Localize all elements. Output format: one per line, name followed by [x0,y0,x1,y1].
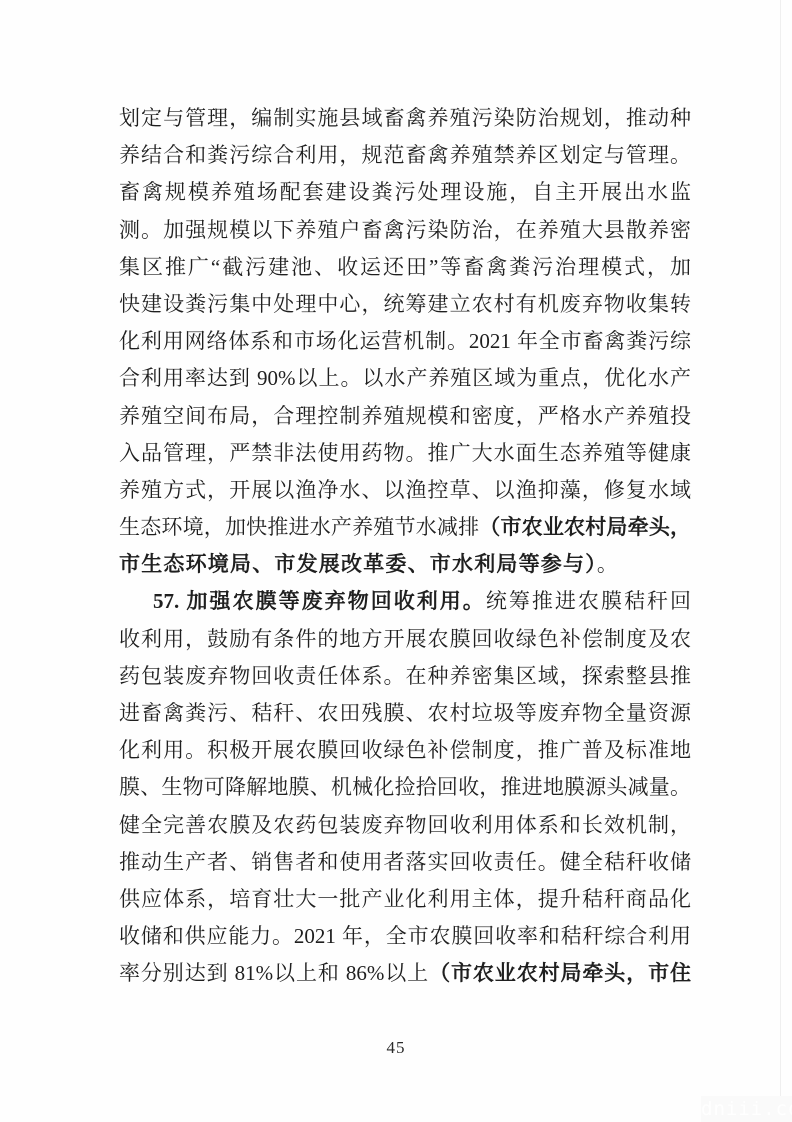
text-line: 养殖方式，开展以渔净水、以渔控草、以渔抑藻，修复水域 [119,472,691,509]
text-line: 进畜禽粪污、秸秆、农田残膜、农村垃圾等废弃物全量资源 [119,695,691,732]
text-line: 率分别达到 81%以上和 86%以上（市农业农村局牵头，市住 [119,955,691,992]
text-line: 收利用，鼓励有条件的地方开展农膜回收绿色补偿制度及农 [119,621,691,658]
text-segment: 生态环境，加快推进水产养殖节水减排 [119,515,479,539]
text-segment: 统筹推进农膜秸秆回 [486,589,691,613]
text-segment: 养结合和粪污综合利用，规范畜禽养殖禁养区划定与管理。 [119,143,691,167]
text-line: 畜禽规模养殖场配套建设粪污处理设施，自主开展出水监 [119,174,691,211]
page-number: 45 [0,1038,792,1058]
bold-text-segment: 57. 加强农膜等废弃物回收利用。 [153,589,486,613]
document-page: 划定与管理，编制实施县域畜禽养殖污染防治规划，推动种养结合和粪污综合利用，规范畜… [0,0,792,1122]
document-body: 划定与管理，编制实施县域畜禽养殖污染防治规划，推动种养结合和粪污综合利用，规范畜… [119,100,691,993]
text-segment: 养殖空间布局，合理控制养殖规模和密度，严格水产养殖投 [119,404,691,428]
text-line: 市生态环境局、市发展改革委、市水利局等参与）。 [119,546,691,583]
text-line: 推动生产者、销售者和使用者落实回收责任。健全秸秆收储 [119,844,691,881]
text-line: 化利用网络体系和市场化运营机制。2021 年全市畜禽粪污综 [119,323,691,360]
text-segment: 膜、生物可降解地膜、机械化捡拾回收，推进地膜源头减量。 [119,775,691,799]
text-segment: 养殖方式，开展以渔净水、以渔控草、以渔抑藻，修复水域 [119,478,691,502]
text-segment: 。 [597,552,619,576]
text-line: 药包装废弃物回收责任体系。在种养密集区域，探索整县推 [119,658,691,695]
text-line: 合利用率达到 90%以上。以水产养殖区域为重点，优化水产 [119,360,691,397]
text-line: 集区推广“截污建池、收运还田”等畜禽粪污治理模式，加 [119,249,691,286]
text-segment: 合利用率达到 90%以上。以水产养殖区域为重点，优化水产 [119,366,691,390]
text-line: 57. 加强农膜等废弃物回收利用。统筹推进农膜秸秆回 [119,583,691,620]
text-line: 收储和供应能力。2021 年，全市农膜回收率和秸秆综合利用 [119,918,691,955]
text-segment: 药包装废弃物回收责任体系。在种养密集区域，探索整县推 [119,664,691,688]
text-line: 划定与管理，编制实施县域畜禽养殖污染防治规划，推动种 [119,100,691,137]
text-line: 生态环境，加快推进水产养殖节水减排（市农业农村局牵头， [119,509,691,546]
text-segment: 健全完善农膜及农药包装废弃物回收利用体系和长效机制， [119,813,691,837]
text-segment: 快建设粪污集中处理中心，统筹建立农村有机废弃物收集转 [119,292,691,316]
text-segment: 收利用，鼓励有条件的地方开展农膜回收绿色补偿制度及农 [119,627,691,651]
text-line: 养结合和粪污综合利用，规范畜禽养殖禁养区划定与管理。 [119,137,691,174]
text-segment: 入品管理，严禁非法使用药物。推广大水面生态养殖等健康 [119,441,691,465]
text-line: 化利用。积极开展农膜回收绿色补偿制度，推广普及标准地 [119,732,691,769]
watermark: dniii.co [701,1096,792,1122]
text-segment: 供应体系，培育壮大一批产业化利用主体，提升秸秆商品化 [119,887,691,911]
text-line: 膜、生物可降解地膜、机械化捡拾回收，推进地膜源头减量。 [119,769,691,806]
text-segment: 划定与管理，编制实施县域畜禽养殖污染防治规划，推动种 [119,106,691,130]
bold-text-segment: 市生态环境局、市发展改革委、市水利局等参与） [119,552,597,576]
text-line: 供应体系，培育壮大一批产业化利用主体，提升秸秆商品化 [119,881,691,918]
text-segment: 集区推广“截污建池、收运还田”等畜禽粪污治理模式，加 [119,255,691,279]
text-segment: 化利用网络体系和市场化运营机制。2021 年全市畜禽粪污综 [119,329,691,353]
text-segment: 进畜禽粪污、秸秆、农田残膜、农村垃圾等废弃物全量资源 [119,701,691,725]
text-segment: 推动生产者、销售者和使用者落实回收责任。健全秸秆收储 [119,850,691,874]
text-segment: 测。加强规模以下养殖户畜禽污染防治，在养殖大县散养密 [119,218,691,242]
text-segment: 收储和供应能力。2021 年，全市农膜回收率和秸秆综合利用 [119,924,691,948]
bold-text-segment: （市农业农村局牵头，市住 [429,961,691,985]
scan-edge-line [780,0,781,1122]
text-line: 养殖空间布局，合理控制养殖规模和密度，严格水产养殖投 [119,398,691,435]
text-segment: 化利用。积极开展农膜回收绿色补偿制度，推广普及标准地 [119,738,691,762]
bold-text-segment: （市农业农村局牵头， [479,515,691,539]
text-segment: 率分别达到 81%以上和 86%以上 [119,961,429,985]
text-line: 入品管理，严禁非法使用药物。推广大水面生态养殖等健康 [119,435,691,472]
text-line: 测。加强规模以下养殖户畜禽污染防治，在养殖大县散养密 [119,212,691,249]
text-line: 快建设粪污集中处理中心，统筹建立农村有机废弃物收集转 [119,286,691,323]
text-segment: 畜禽规模养殖场配套建设粪污处理设施，自主开展出水监 [119,180,691,204]
text-line: 健全完善农膜及农药包装废弃物回收利用体系和长效机制， [119,807,691,844]
